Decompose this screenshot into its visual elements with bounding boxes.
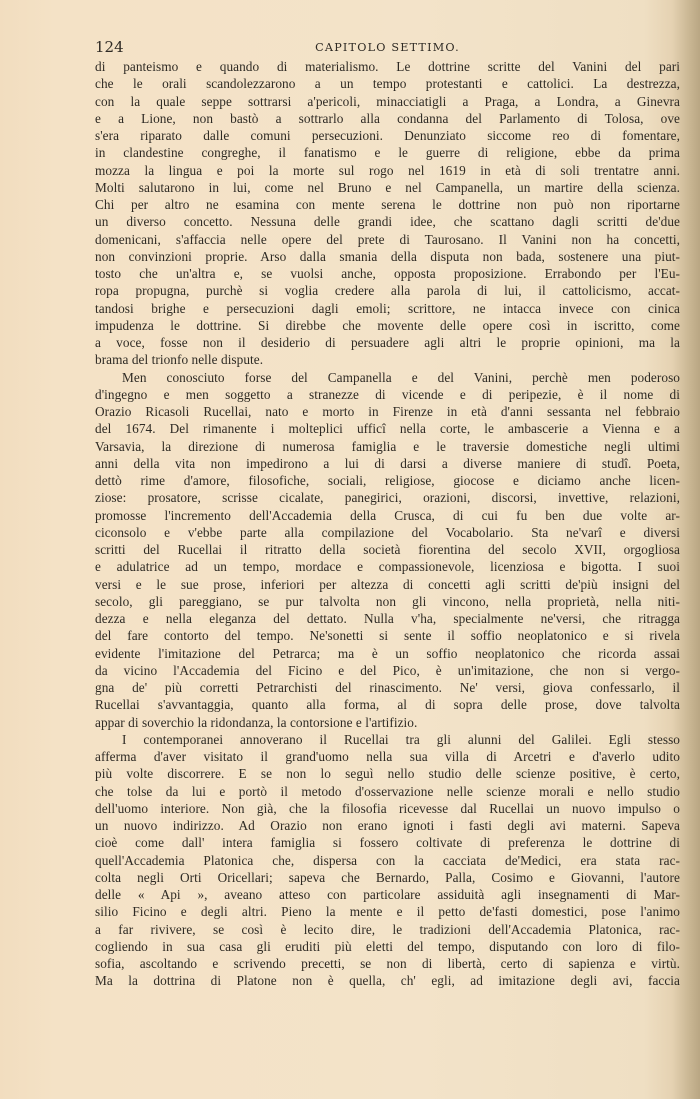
- text-line: un diverso concetto. Nessuna delle grand…: [95, 213, 680, 230]
- text-line: del 1674. Del rimanente i molteplici uff…: [95, 420, 680, 437]
- body-text: di panteismo e quando di materialismo. L…: [95, 58, 680, 990]
- text-line: brama del trionfo nelle dispute.: [95, 351, 680, 368]
- text-line: Rucellai s'avvantaggia, quanto alla form…: [95, 696, 680, 713]
- text-line: scritti del Rucellai il ritratto della s…: [95, 541, 680, 558]
- text-line: in clandestine congreghe, il fanatismo e…: [95, 144, 680, 161]
- text-line: impudenza le dottrine. Si direbbe che mo…: [95, 317, 680, 334]
- paragraph-3: I contemporanei annoverano il Rucellai t…: [95, 731, 680, 990]
- text-line: a far rivivere, se così è lecito dire, l…: [95, 921, 680, 938]
- text-line: silio Ficino e degli altri. Pieno la men…: [95, 903, 680, 920]
- text-line: non convinzioni proprie. Arso dalla sman…: [95, 248, 680, 265]
- text-line: che tolse da lui e portò il metodo d'oss…: [95, 783, 680, 800]
- text-line: del fare contorto del tempo. Ne'sonetti …: [95, 627, 680, 644]
- text-line: mozza la lingua e poi la morte sul rogo …: [95, 162, 680, 179]
- text-line: un nuovo indirizzo. Ad Orazio non erano …: [95, 817, 680, 834]
- text-line: colta negli Orti Oricellari; sapeva che …: [95, 869, 680, 886]
- text-line: delle « Api », aveano atteso con partico…: [95, 886, 680, 903]
- text-line: sofia, ascoltando e scrivendo precetti, …: [95, 955, 680, 972]
- text-line: Chi per altro ne esamina con mente seren…: [95, 196, 680, 213]
- text-line: da vicino l'Accademia del Ficino e del P…: [95, 662, 680, 679]
- text-line: ciconsolo e v'ebbe parte alla compilazio…: [95, 524, 680, 541]
- text-line: ropa propugna, purchè si voglia credere …: [95, 282, 680, 299]
- text-line: con la quale seppe sottrarsi a'pericoli,…: [95, 93, 680, 110]
- text-line: Men conosciuto forse del Campanella e de…: [95, 369, 680, 386]
- paragraph-1: di panteismo e quando di materialismo. L…: [95, 58, 680, 369]
- text-line: e a Lione, non bastò a sottrarlo alla co…: [95, 110, 680, 127]
- text-line: Ma la dottrina di Platone non è quella, …: [95, 972, 680, 989]
- text-line: Molti salutarono in lui, come nel Bruno …: [95, 179, 680, 196]
- text-line: che le orali scandolezzarono a un tempo …: [95, 75, 680, 92]
- text-line: dettò rime d'amore, filosofiche, sociali…: [95, 472, 680, 489]
- text-line: cioè come dall' intera famiglia si fosse…: [95, 834, 680, 851]
- text-line: quell'Accademia Platonica che, dispersa …: [95, 852, 680, 869]
- text-line: evidente l'imitazione del Petrarca; ma è…: [95, 645, 680, 662]
- paragraph-2: Men conosciuto forse del Campanella e de…: [95, 369, 680, 731]
- text-line: Orazio Ricasoli Rucellai, nato e morto i…: [95, 403, 680, 420]
- book-page: 124 CAPITOLO SETTIMO. di panteismo e qua…: [0, 0, 700, 1099]
- running-head: 124 CAPITOLO SETTIMO.: [95, 38, 680, 56]
- text-line: cogliendo in sua casa gli eruditi più el…: [95, 938, 680, 955]
- text-line: più volte discorrere. E se non lo seguì …: [95, 765, 680, 782]
- text-line: a voce, fosse non il desiderio di persua…: [95, 334, 680, 351]
- text-line: Varsavia, la direzione di numerosa famig…: [95, 438, 680, 455]
- text-line: dezza e nella eleganza del dettato. Null…: [95, 610, 680, 627]
- text-line: anni della vita non impedirono a lui di …: [95, 455, 680, 472]
- text-line: domenicani, s'affaccia nelle opere del p…: [95, 231, 680, 248]
- text-line: afferma d'aver visitato il grand'uomo ne…: [95, 748, 680, 765]
- text-line: dell'uomo interiore. Non già, che la fil…: [95, 800, 680, 817]
- text-line: tandosi brighe e persecuzioni dagli emol…: [95, 300, 680, 317]
- text-line: tosto che un'altra e, se vuolsi anche, o…: [95, 265, 680, 282]
- text-line: promosse l'incremento dell'Accademia del…: [95, 507, 680, 524]
- text-line: I contemporanei annoverano il Rucellai t…: [95, 731, 680, 748]
- text-line: s'era riparato dalle comuni persecuzioni…: [95, 127, 680, 144]
- text-line: appar di soverchio la ridondanza, la con…: [95, 714, 680, 731]
- text-line: versi e le sue prose, inferiori per alte…: [95, 576, 680, 593]
- text-line: gna de' più corretti Petrarchisti del ri…: [95, 679, 680, 696]
- text-line: d'ingegno e men soggetto a stranezze di …: [95, 386, 680, 403]
- chapter-title: CAPITOLO SETTIMO.: [95, 39, 680, 57]
- text-line: di panteismo e quando di materialismo. L…: [95, 58, 680, 75]
- text-line: secolo, gli pareggiano, se pur talvolta …: [95, 593, 680, 610]
- text-line: e adulatrice ad un tempo, mordace e comp…: [95, 558, 680, 575]
- text-line: ziose: prosatore, scrisse cicalate, pane…: [95, 489, 680, 506]
